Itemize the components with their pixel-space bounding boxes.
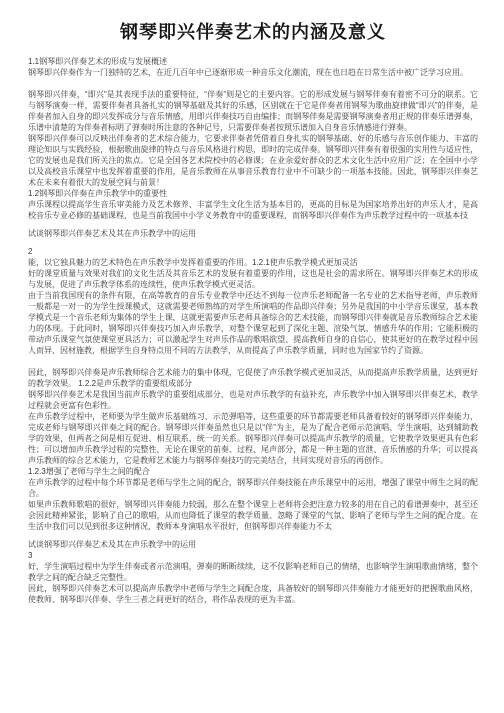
- paragraph: 好，学生演唱过程中为学生伴奏或者示范演唱，弹奏的断断续续，这不仅影响老师自己的情…: [28, 561, 478, 583]
- running-header: 试谈钢琴即兴伴奏艺术及其在声乐教学中的运用: [28, 539, 478, 550]
- paragraph: 好的课堂质量与效果对我们的文化生活及其音乐艺术的发展有着重要的作用，这也是社会的…: [28, 268, 478, 290]
- section-heading-1-2: 1.2钢琴即兴伴奏在声乐教学中的重要性: [28, 188, 478, 199]
- paragraph: 钢琴即兴伴奏，“即兴”是其表现手法的重要特征，“伴奏”则是它的主要内容。它的形成…: [28, 89, 478, 133]
- paragraph: 由于当前我国现有的条件有限，在高等教育的音乐专业教学中还达不到每一位声乐老师配备…: [28, 290, 478, 356]
- paragraph: 因此，钢琴即兴伴奏艺术可以提高声乐教学中老师与学生之间配合度，具备较好的钢琴即兴…: [28, 583, 478, 605]
- paragraph: 钢琴即兴伴奏可以反映出伴奏者的艺术综合能力，它要求伴奏者凭借着自身扎实的钢琴基础…: [28, 133, 478, 188]
- paragraph: 钢琴即兴伴奏作为一门独特的艺术，在近几百年中已逐渐形成一种音乐文化潮流，现在也日…: [28, 67, 478, 78]
- paragraph: 能，以它独具魅力的艺术特色在声乐教学中发挥着重要的作用。1.2.1使声乐教学模式…: [28, 257, 478, 268]
- running-header: 试谈钢琴即兴伴奏艺术及其在声乐教学中的运用: [28, 228, 478, 239]
- section-heading-1-2-3: 1.2.3增强了老师与学生之间的配合: [28, 466, 478, 477]
- paragraph: 在声乐教学的过程中每个环节都是老师与学生之间的配合，钢琴即兴伴奏技能在声乐课堂中…: [28, 477, 478, 499]
- page-number: 3: [28, 550, 478, 561]
- paragraph: 声乐课程以提高学生音乐审美能力及艺术修养、丰富学生文化生活为基本目的，更高的目标…: [28, 199, 478, 221]
- paragraph: 钢琴即兴伴奏艺术是我国当前声乐教学的重要组成部分，也是对声乐教学的有益补充，声乐…: [28, 389, 478, 411]
- section-heading-1-1: 1.1钢琴即兴伴奏艺术的形成与发展概述: [28, 56, 478, 67]
- document-title: 钢琴即兴伴奏艺术的内涵及意义: [28, 21, 478, 43]
- page-number: 2: [28, 246, 478, 257]
- document-page: 钢琴即兴伴奏艺术的内涵及意义 1.1钢琴即兴伴奏艺术的形成与发展概述 钢琴即兴伴…: [0, 0, 504, 713]
- paragraph: 如果声乐教师歌唱的很好，钢琴即兴伴奏能力较弱，那么在整个课堂上老师将会把注意力较…: [28, 499, 478, 532]
- paragraph: 因此，钢琴即兴伴奏是声乐教师综合艺术能力的集中体现，它促使了声乐教学模式更加灵活…: [28, 367, 478, 389]
- paragraph: 在声乐教学过程中，老师要为学生做声乐基础练习、示范弹唱等，这些重要的环节都需要老…: [28, 411, 478, 466]
